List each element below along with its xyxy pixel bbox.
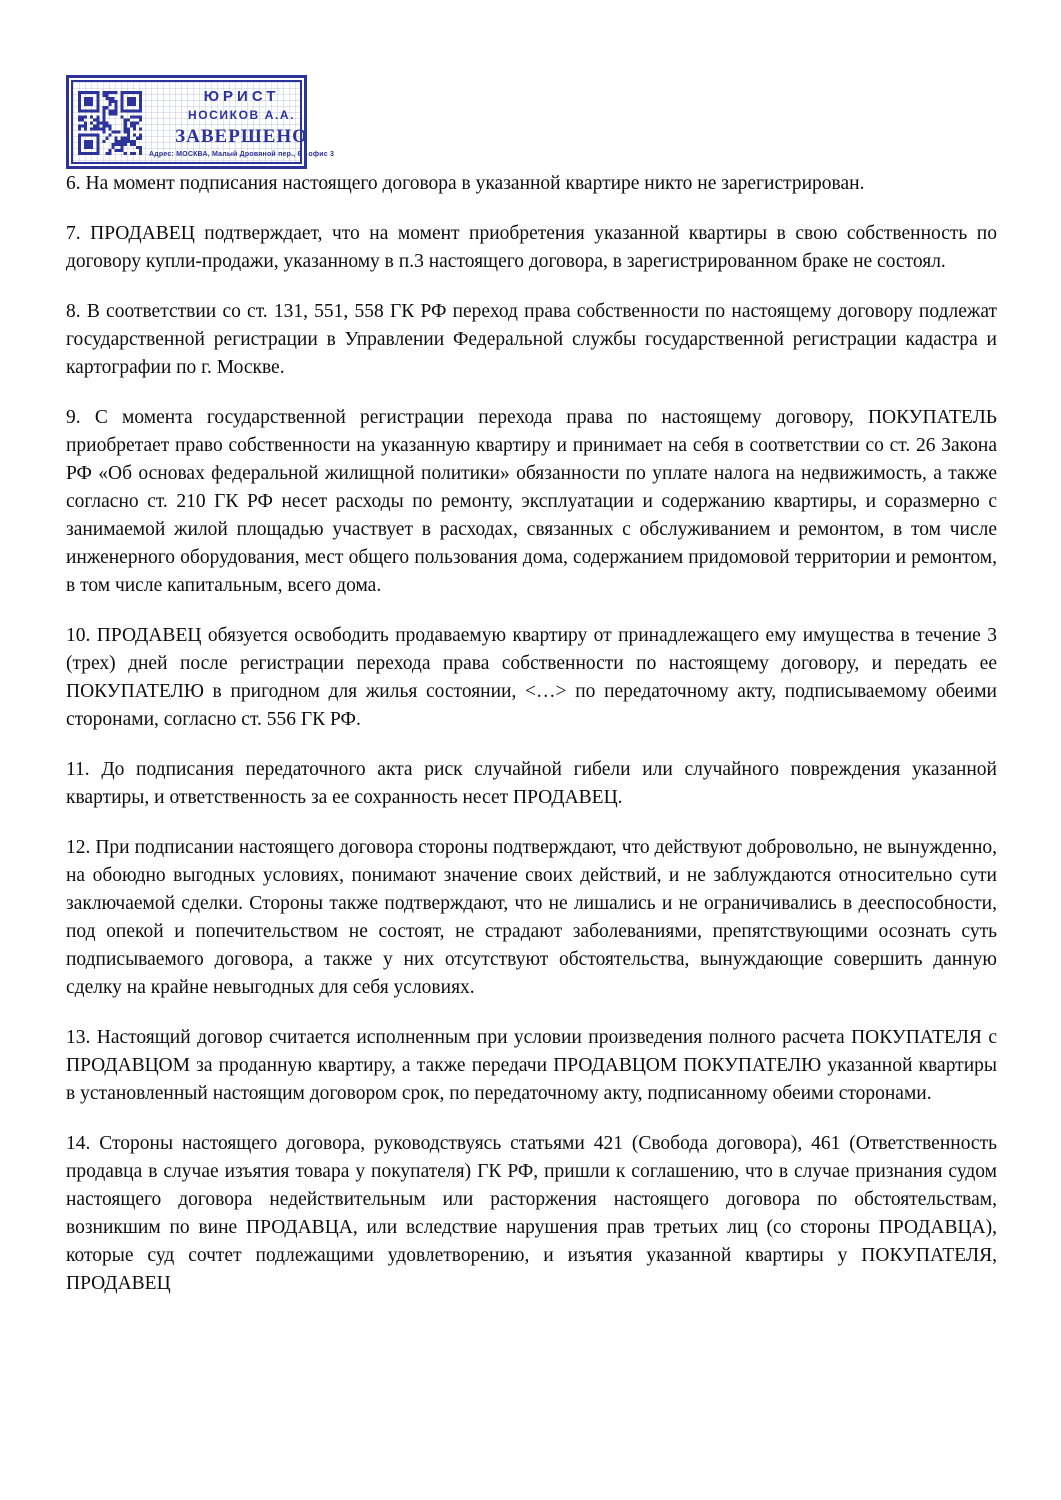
stamp-text-block: ЮРИСТ НОСИКОВ А.А. ЗАВЕРШЕНО Адрес: МОСК… <box>149 88 334 158</box>
paragraph: 12. При подписании настоящего договора с… <box>66 834 997 1002</box>
paragraph: 11. До подписания передаточного акта рис… <box>66 756 997 812</box>
qr-code-icon <box>78 91 142 155</box>
stamp-name: НОСИКОВ А.А. <box>188 109 295 121</box>
paragraph: 9. С момента государственной регистрации… <box>66 404 997 600</box>
stamp-address: Адрес: МОСКВА, Малый Дровяной пер., 6 - … <box>149 151 334 158</box>
document-page: ЮРИСТ НОСИКОВ А.А. ЗАВЕРШЕНО Адрес: МОСК… <box>0 0 1061 1500</box>
paragraph: 14. Стороны настоящего договора, руковод… <box>66 1130 997 1298</box>
lawyer-stamp: ЮРИСТ НОСИКОВ А.А. ЗАВЕРШЕНО Адрес: МОСК… <box>66 75 307 169</box>
paragraph: 7. ПРОДАВЕЦ подтверждает, что на момент … <box>66 220 997 276</box>
stamp-title: ЮРИСТ <box>204 89 280 104</box>
paragraph: 8. В соответствии со ст. 131, 551, 558 Г… <box>66 298 997 382</box>
paragraph: 6. На момент подписания настоящего догов… <box>66 170 997 198</box>
paragraph: 10. ПРОДАВЕЦ обязуется освободить продав… <box>66 622 997 734</box>
lawyer-stamp-inner: ЮРИСТ НОСИКОВ А.А. ЗАВЕРШЕНО Адрес: МОСК… <box>71 80 302 164</box>
stamp-status: ЗАВЕРШЕНО <box>175 127 308 146</box>
paragraph: 13. Настоящий договор считается исполнен… <box>66 1024 997 1108</box>
contract-text: 6. На момент подписания настоящего догов… <box>66 170 997 1320</box>
